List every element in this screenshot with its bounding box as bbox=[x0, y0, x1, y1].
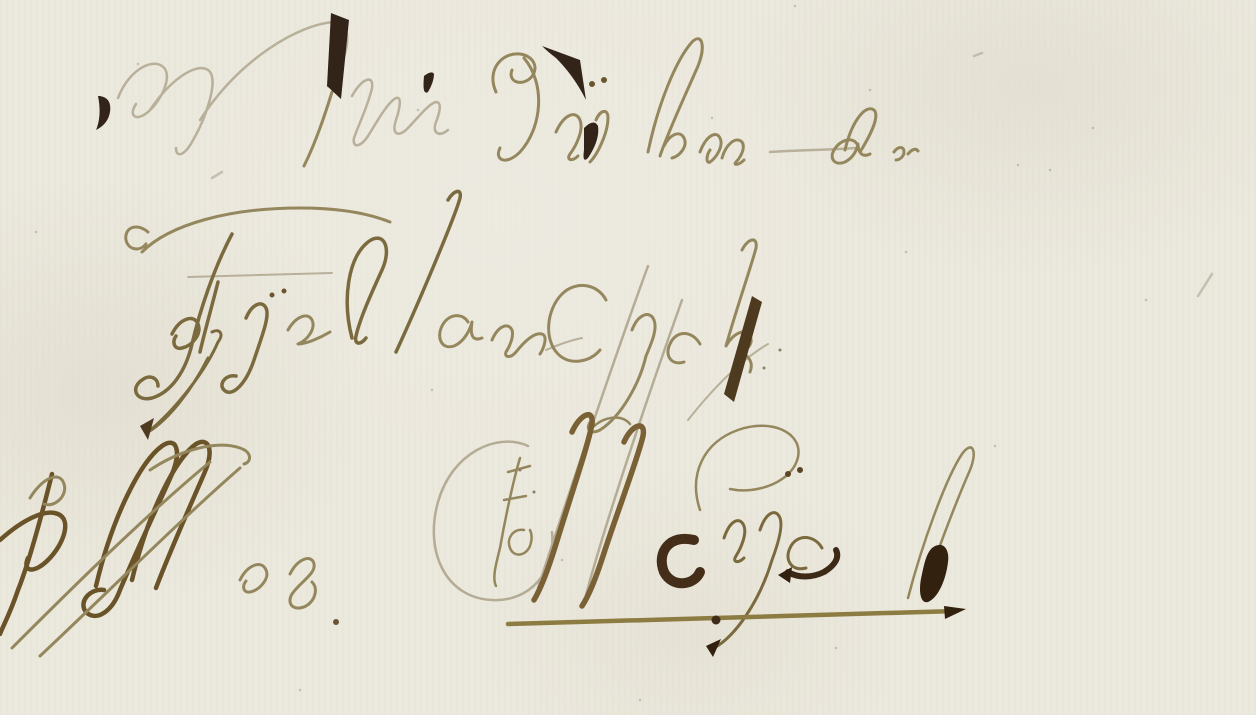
c-dark-hook bbox=[788, 550, 837, 577]
signature-partial-left bbox=[0, 442, 336, 656]
ink-stroke-heavy bbox=[0, 442, 210, 634]
ink-stroke-mid bbox=[126, 208, 756, 432]
ink-stroke-strong bbox=[136, 191, 461, 398]
signatures-canvas bbox=[0, 0, 1256, 715]
capital-e-blot bbox=[662, 539, 700, 583]
ink-stroke-mid bbox=[304, 39, 918, 166]
monogram-w-strokes bbox=[534, 415, 643, 606]
ink-stroke-strong bbox=[714, 513, 822, 648]
document-scan: Scanned handwritten document fragment H … bbox=[0, 0, 1256, 715]
i-dots bbox=[592, 80, 604, 84]
signature-underline bbox=[508, 611, 956, 624]
signature-hw-tijleman bbox=[96, 13, 918, 166]
ink-blot bbox=[96, 13, 598, 160]
ink-stroke-faint bbox=[118, 22, 856, 154]
j-dots bbox=[272, 291, 284, 295]
ink-stroke-faint bbox=[188, 273, 768, 420]
ij-dots bbox=[788, 470, 800, 474]
signature-w-eijck bbox=[434, 266, 974, 657]
signature-fetje-van-eyck bbox=[126, 191, 768, 440]
